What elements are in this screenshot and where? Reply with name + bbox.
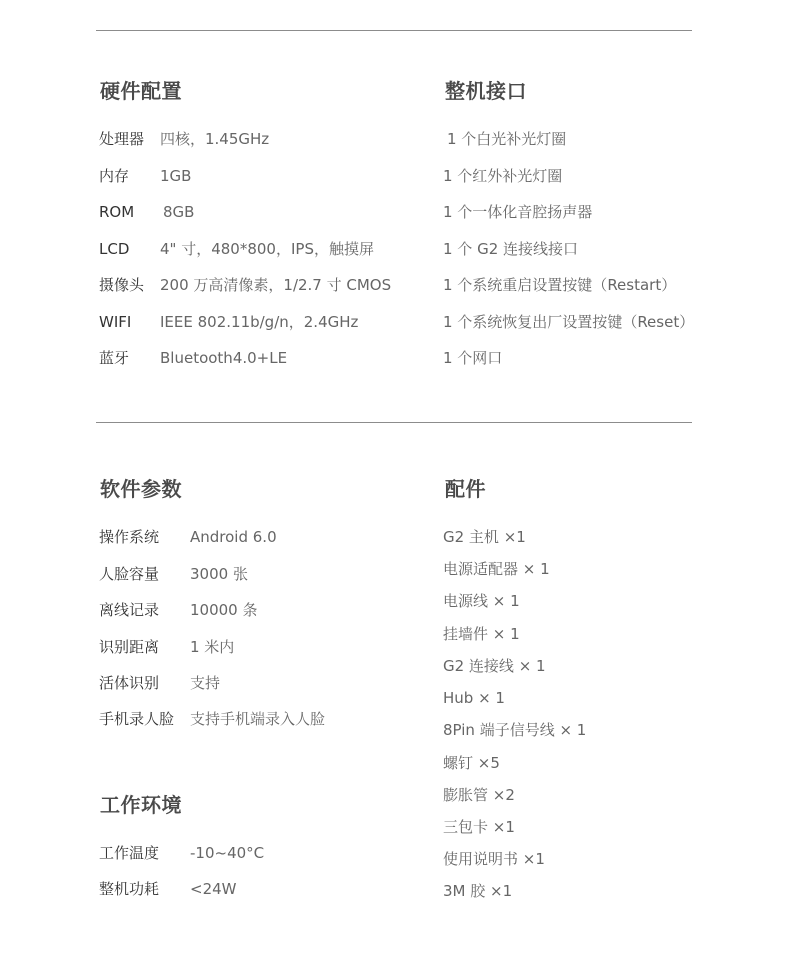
software-value: 10000 条 bbox=[190, 600, 258, 620]
interface-item: 1 个白光补光灯圈 bbox=[447, 129, 566, 149]
spec-label: ROM bbox=[99, 202, 134, 222]
accessory-item: 电源适配器 × 1 bbox=[443, 559, 550, 579]
spec-value: 四核，1.45GHz bbox=[160, 129, 269, 149]
accessory-item: 螺钉 ×5 bbox=[443, 753, 500, 773]
environment-label: 工作温度 bbox=[99, 843, 159, 863]
spec-value: IEEE 802.11b/g/n，2.4GHz bbox=[160, 312, 358, 332]
interface-item: 1 个系统恢复出厂设置按键（Reset） bbox=[443, 312, 694, 332]
spec-label: 蓝牙 bbox=[99, 348, 129, 368]
software-label: 手机录人脸 bbox=[99, 709, 174, 729]
accessory-item: Hub × 1 bbox=[443, 688, 505, 708]
accessory-item: 膨胀管 ×2 bbox=[443, 785, 515, 805]
environment-value: -10~40°C bbox=[190, 843, 264, 863]
environment-value: <24W bbox=[190, 879, 237, 899]
interface-item: 1 个系统重启设置按键（Restart） bbox=[443, 275, 676, 295]
spec-label: LCD bbox=[99, 239, 129, 259]
software-value: 1 米内 bbox=[190, 637, 234, 657]
software-value: 支持手机端录入人脸 bbox=[190, 709, 325, 729]
software-title: 软件参数 bbox=[100, 473, 182, 502]
hardware-title: 硬件配置 bbox=[100, 75, 182, 104]
spec-value: 200 万高清像素，1/2.7 寸 CMOS bbox=[160, 275, 391, 295]
accessory-item: G2 连接线 × 1 bbox=[443, 656, 546, 676]
interfaces-title: 整机接口 bbox=[445, 75, 527, 104]
spec-value: Bluetooth4.0+LE bbox=[160, 348, 287, 368]
accessory-item: G2 主机 ×1 bbox=[443, 527, 526, 547]
software-value: Android 6.0 bbox=[190, 527, 277, 547]
software-label: 人脸容量 bbox=[99, 564, 159, 584]
spec-value: 1GB bbox=[160, 166, 191, 186]
spec-label: 内存 bbox=[99, 166, 129, 186]
environment-label: 整机功耗 bbox=[99, 879, 159, 899]
software-label: 识别距离 bbox=[99, 637, 159, 657]
interface-item: 1 个红外补光灯圈 bbox=[443, 166, 562, 186]
spec-value: 4" 寸，480*800，IPS，触摸屏 bbox=[160, 239, 374, 259]
accessory-item: 3M 胶 ×1 bbox=[443, 881, 512, 901]
interface-item: 1 个网口 bbox=[443, 348, 502, 368]
accessory-item: 电源线 × 1 bbox=[443, 591, 520, 611]
environment-title: 工作环境 bbox=[100, 789, 182, 818]
software-label: 活体识别 bbox=[99, 673, 159, 693]
middle-divider bbox=[96, 422, 692, 423]
accessory-item: 8Pin 端子信号线 × 1 bbox=[443, 720, 586, 740]
spec-label: WIFI bbox=[99, 312, 131, 332]
software-value: 3000 张 bbox=[190, 564, 248, 584]
spec-value: 8GB bbox=[163, 202, 194, 222]
top-divider bbox=[96, 30, 692, 31]
accessory-item: 三包卡 ×1 bbox=[443, 817, 515, 837]
accessories-title: 配件 bbox=[445, 473, 486, 502]
software-label: 离线记录 bbox=[99, 600, 159, 620]
software-value: 支持 bbox=[190, 673, 220, 693]
interface-item: 1 个一体化音腔扬声器 bbox=[443, 202, 592, 222]
spec-label: 处理器 bbox=[99, 129, 144, 149]
spec-label: 摄像头 bbox=[99, 275, 144, 295]
accessory-item: 挂墙件 × 1 bbox=[443, 624, 520, 644]
software-label: 操作系统 bbox=[99, 527, 159, 547]
interface-item: 1 个 G2 连接线接口 bbox=[443, 239, 578, 259]
accessory-item: 使用说明书 ×1 bbox=[443, 849, 545, 869]
